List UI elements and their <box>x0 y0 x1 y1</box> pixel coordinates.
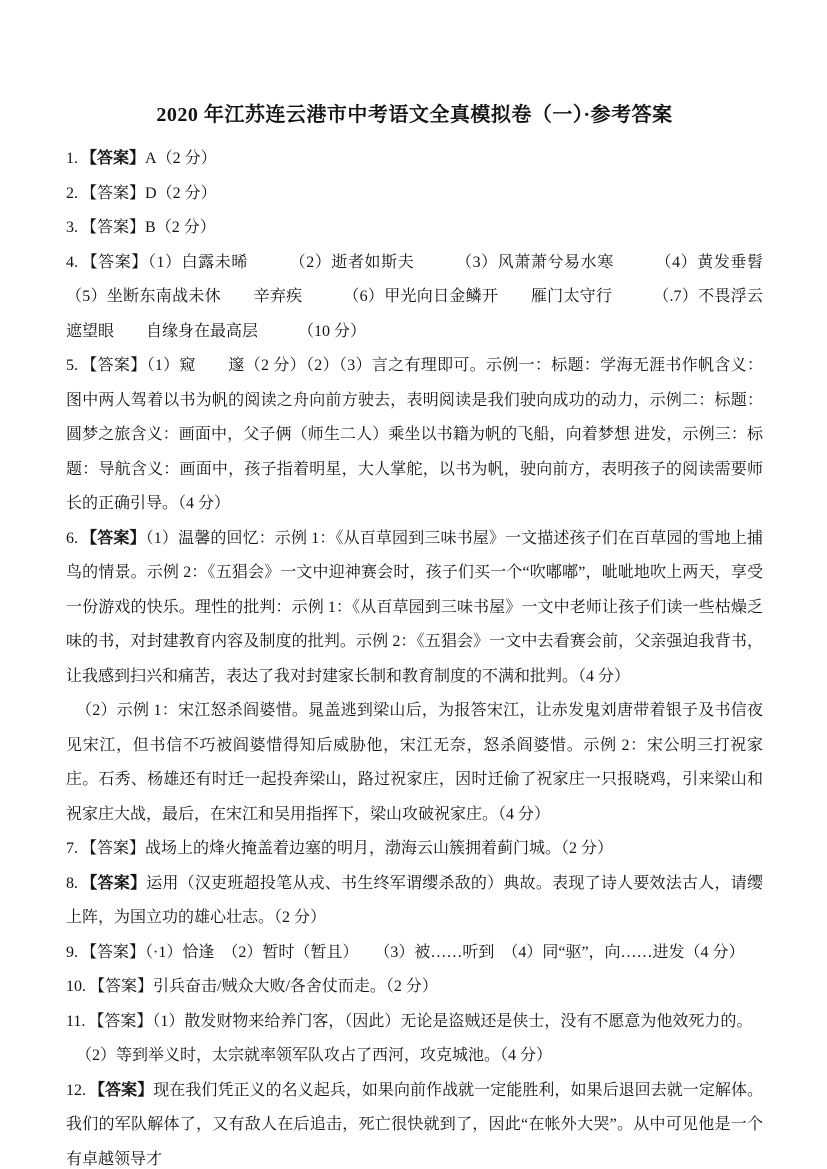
answer-number: 6. <box>66 530 81 547</box>
answer-number: 2. <box>66 185 81 202</box>
answer-label: 【答案】 <box>81 150 145 167</box>
answer-number: 5. <box>66 357 81 374</box>
answer-paragraph: 4.【答案】（1）白露未晞 （2）逝者如斯夫 （3）风萧萧兮易水寒 （4）黄发垂… <box>66 246 763 350</box>
answer-label: 【答案】 <box>88 1013 152 1030</box>
answer-label: 【答案】 <box>81 185 145 202</box>
document-page: 2020 年江苏连云港市中考语文全真模拟卷（一）·参考答案 1.【答案】A（2 … <box>0 0 827 1169</box>
answer-text: 引兵奋击/贼众大败/各舍仗而走。（2 分） <box>153 978 438 995</box>
answer-number: 9. <box>66 944 81 961</box>
answer-label: 【答案】 <box>81 840 145 857</box>
answer-paragraph: 8.【答案】运用（汉吏班超投笔从戎、书生终军谓缨杀敌的）典故。表现了诗人要效法古… <box>66 867 763 936</box>
answer-text: 现在我们凭正义的名义起兵，如果向前作战就一定能胜利，如果后退回去就一定解体。我们… <box>66 1082 763 1168</box>
answer-text: B（2 分） <box>145 219 216 236</box>
answer-paragraph: 9.【答案】（·1）恰逢 （2）暂时（暂且） （3）被……听到 （4）同“驱”，… <box>66 936 763 971</box>
answer-paragraph: 5.【答案】（1）窥 邃（2 分）（2）（3）言之有理即可。示例一：标题：学海无… <box>66 349 763 522</box>
answer-paragraph: 1.【答案】A（2 分） <box>66 142 763 177</box>
answer-label: 【答案】 <box>81 357 147 374</box>
answer-paragraph: 2.【答案】D（2 分） <box>66 177 763 212</box>
answer-number: 8. <box>66 875 81 892</box>
answer-text: A（2 分） <box>145 150 217 167</box>
answer-label: 【答案】 <box>81 875 146 892</box>
answers-list: 1.【答案】A（2 分） 2.【答案】D（2 分） 3.【答案】B（2 分） 4… <box>66 142 763 1169</box>
answer-number: 7. <box>66 840 81 857</box>
answer-label: 【答案】 <box>81 530 146 547</box>
answer-text: （·1）恰逢 （2）暂时（暂且） （3）被……听到 （4）同“驱”，向……进发（… <box>145 944 745 961</box>
answer-paragraph: 7.【答案】战场上的烽火掩盖着边塞的明月，渤海云山簇拥着蓟门城。（2 分） <box>66 832 763 867</box>
answer-text: （2）等到举义时，太宗就率领军队攻占了西河，攻克城池。（4 分） <box>76 1047 552 1064</box>
answer-text: （1）散发财物来给养门客，（因此）无论是盗贼还是侠士，没有不愿意为他效死力的。 <box>152 1013 752 1030</box>
answer-label: 【答案】 <box>81 254 148 271</box>
answer-text: （1）白露未晞 （2）逝者如斯夫 （3）风萧萧兮易水寒 （4）黄发垂髫 （5）坐… <box>66 254 811 340</box>
answer-paragraph: 6.【答案】（1）温馨的回忆：示例 1：《从百草园到三味书屋》一文描述孩子们在百… <box>66 522 763 695</box>
answer-label: 【答案】 <box>89 1082 153 1099</box>
answer-number: 4. <box>66 254 81 271</box>
answer-number: 1. <box>66 150 81 167</box>
answer-paragraph: （2）等到举义时，太宗就率领军队攻占了西河，攻克城池。（4 分） <box>66 1039 763 1074</box>
answer-text: 运用（汉吏班超投笔从戎、书生终军谓缨杀敌的）典故。表现了诗人要效法古人，请缨上阵… <box>66 875 763 927</box>
answer-label: 【答案】 <box>89 978 153 995</box>
answer-number: 10. <box>66 978 89 995</box>
answer-paragraph: 11.【答案】（1）散发财物来给养门客，（因此）无论是盗贼还是侠士，没有不愿意为… <box>66 1005 763 1040</box>
answer-paragraph: 12.【答案】现在我们凭正义的名义起兵，如果向前作战就一定能胜利，如果后退回去就… <box>66 1074 763 1169</box>
answer-text: （2）示例 1：宋江怒杀阎婆惜。晁盖逃到梁山后，为报答宋江，让赤发鬼刘唐带着银子… <box>66 702 763 823</box>
answer-number: 11. <box>66 1013 88 1030</box>
answer-paragraph: （2）示例 1：宋江怒杀阎婆惜。晁盖逃到梁山后，为报答宋江，让赤发鬼刘唐带着银子… <box>66 694 763 832</box>
answer-text: （1）温馨的回忆：示例 1：《从百草园到三味书屋》一文描述孩子们在百草园的雪地上… <box>66 530 763 685</box>
answer-number: 12. <box>66 1082 89 1099</box>
answer-label: 【答案】 <box>81 944 145 961</box>
answer-paragraph: 3.【答案】B（2 分） <box>66 211 763 246</box>
answer-text: D（2 分） <box>145 185 217 202</box>
page-title: 2020 年江苏连云港市中考语文全真模拟卷（一）·参考答案 <box>66 102 763 128</box>
answer-text: 战场上的烽火掩盖着边塞的明月，渤海云山簇拥着蓟门城。（2 分） <box>145 840 613 857</box>
answer-number: 3. <box>66 219 81 236</box>
answer-paragraph: 10.【答案】引兵奋击/贼众大败/各舍仗而走。（2 分） <box>66 970 763 1005</box>
answer-label: 【答案】 <box>81 219 145 236</box>
answer-text: （1）窥 邃（2 分）（2）（3）言之有理即可。示例一：标题：学海无涯书作帆含义… <box>66 357 763 512</box>
